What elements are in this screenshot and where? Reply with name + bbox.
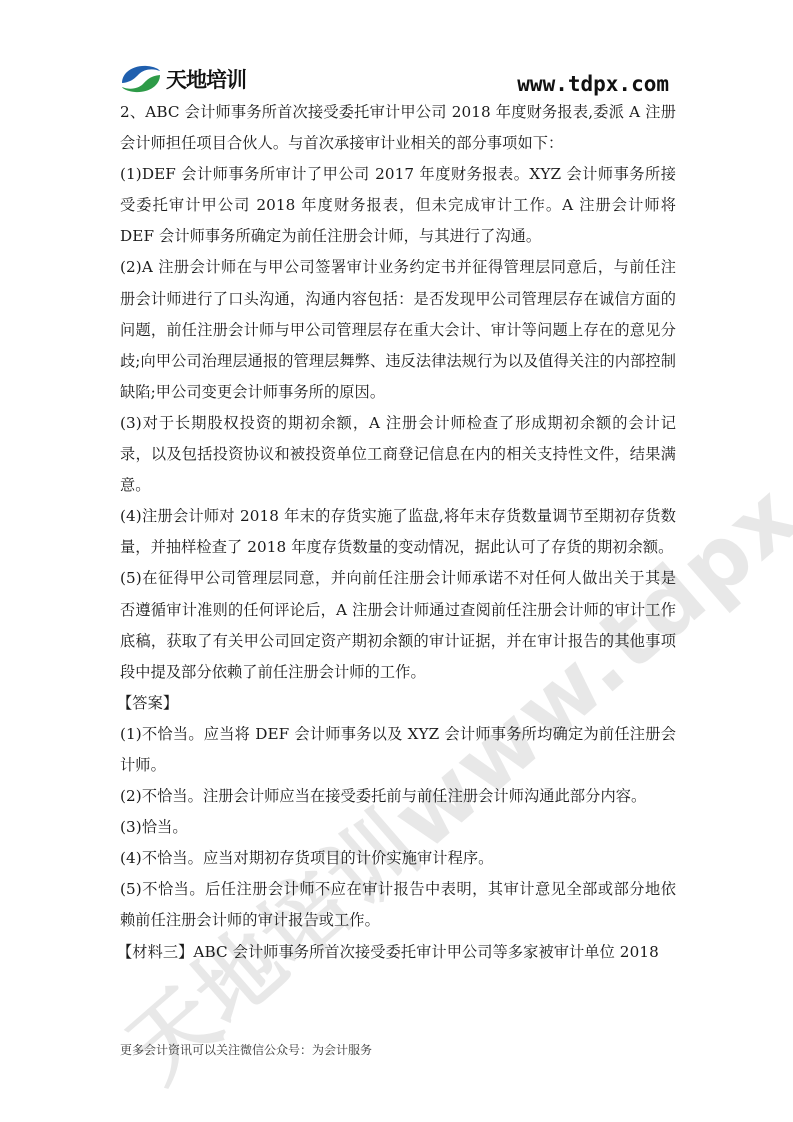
answer-2: (2)不恰当。注册会计师应当在接受委托前与前任注册会计师沟通此部分内容。 [120, 781, 676, 812]
item-2: (2)A 注册会计师在与甲公司签署审计业务约定书并征得管理层同意后，与前任注册会… [120, 252, 676, 407]
answer-heading: 【答案】 [117, 688, 676, 719]
brand-logo: 天地培训 [120, 62, 246, 96]
item-1: (1)DEF 会计师事务所审计了甲公司 2017 年度财务报表。XYZ 会计师事… [120, 159, 676, 252]
answer-1: (1)不恰当。应当将 DEF 会计师事务以及 XYZ 会计师事务所均确定为前任注… [120, 719, 676, 781]
page-header: 天地培训 www.tdpx.com [120, 62, 675, 96]
answer-3: (3)恰当。 [120, 812, 676, 843]
document-page: 天地培训www.tdpx.com 天地培训 www.tdpx.com 2、ABC… [0, 0, 793, 1122]
item-4: (4)注册会计师对 2018 年末的存货实施了监盘,将年末存货数量调节至期初存货… [120, 501, 676, 563]
page-footer: 更多会计资讯可以关注微信公众号：为会计服务 [120, 1041, 372, 1058]
tdpx-logo-icon [120, 64, 162, 94]
site-url: www.tdpx.com [517, 72, 669, 96]
item-5: (5)在征得甲公司管理层同意，并向前任注册会计师承诺不对任何人做出关于其是否遵循… [120, 563, 676, 687]
answer-4: (4)不恰当。应当对期初存货项目的计价实施审计程序。 [120, 843, 676, 874]
question-intro: 2、ABC 会计师事务所首次接受委托审计甲公司 2018 年度财务报表,委派 A… [120, 97, 676, 159]
material-three-heading: 【材料三】ABC 会计师事务所首次接受委托审计甲公司等多家被审计单位 2018 [117, 937, 676, 968]
logo-text: 天地培训 [166, 64, 246, 94]
item-3: (3)对于长期股权投资的期初余额，A 注册会计师检查了形成期初余额的会计记录，以… [120, 408, 676, 501]
document-body: 2、ABC 会计师事务所首次接受委托审计甲公司 2018 年度财务报表,委派 A… [120, 97, 676, 968]
answer-5: (5)不恰当。后任注册会计师不应在审计报告中表明，其审计意见全部或部分地依赖前任… [120, 874, 676, 936]
